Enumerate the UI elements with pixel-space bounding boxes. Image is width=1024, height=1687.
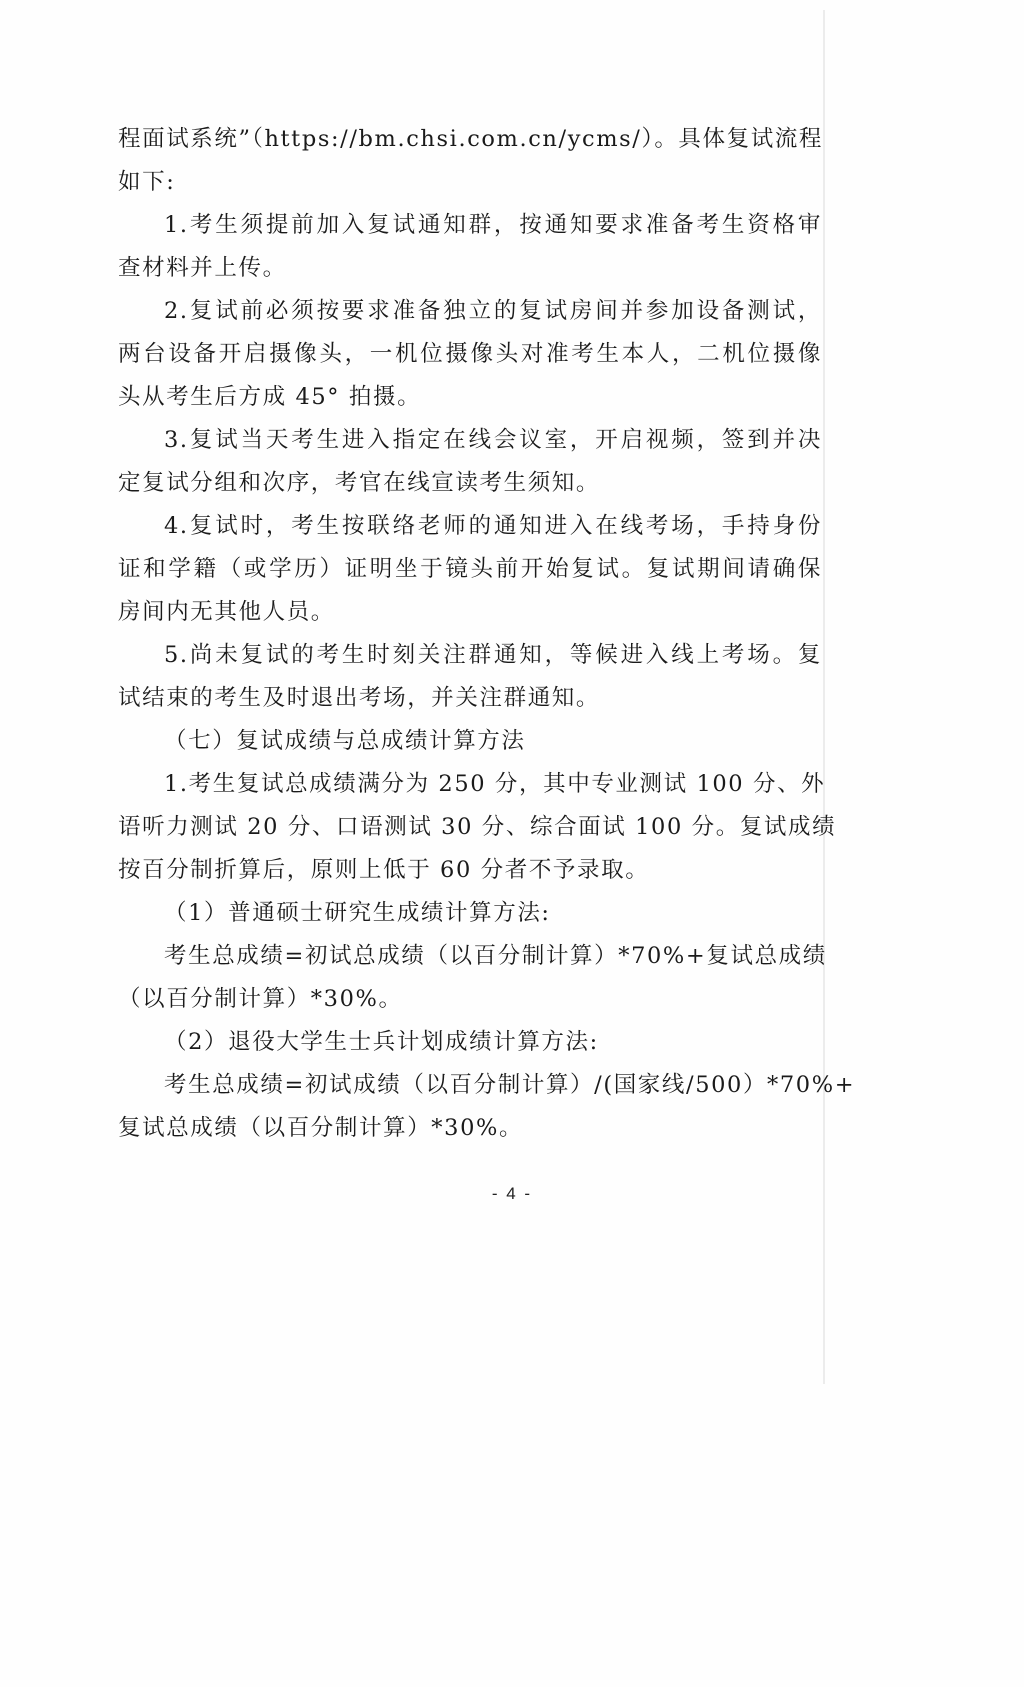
text-line: 3.复试当天考生进入指定在线会议室，开启视频，签到并决 [118,419,822,462]
text-line: 语听力测试 20 分、口语测试 30 分、综合面试 100 分。复试成绩 [118,806,822,849]
text-line: 房间内无其他人员。 [118,591,822,634]
subsection-heading: （2）退役大学生士兵计划成绩计算方法: [118,1021,822,1064]
document-page: 程面试系统”（https://bm.chsi.com.cn/ycms/）。具体复… [0,0,1024,1687]
formula-line: 考生总成绩=初试总成绩（以百分制计算）*70%+复试总成绩 [118,935,822,978]
scan-fold-line [823,10,825,1384]
formula-line: 考生总成绩=初试成绩（以百分制计算）/(国家线/500）*70%+ [118,1064,822,1107]
text-line: 定复试分组和次序，考官在线宣读考生须知。 [118,462,822,505]
text-line: 两台设备开启摄像头，一机位摄像头对准考生本人，二机位摄像 [118,333,822,376]
text-line: 4.复试时，考生按联络老师的通知进入在线考场，手持身份 [118,505,822,548]
document-body: 程面试系统”（https://bm.chsi.com.cn/ycms/）。具体复… [118,118,822,1150]
section-heading: （七）复试成绩与总成绩计算方法 [118,720,822,763]
text-line: 2.复试前必须按要求准备独立的复试房间并参加设备测试， [118,290,822,333]
text-line: 试结束的考生及时退出考场，并关注群通知。 [118,677,822,720]
text-line: 查材料并上传。 [118,247,822,290]
text-line: 按百分制折算后，原则上低于 60 分者不予录取。 [118,849,822,892]
text-line: 头从考生后方成 45° 拍摄。 [118,376,822,419]
subsection-heading: （1）普通硕士研究生成绩计算方法: [118,892,822,935]
text-line: 证和学籍（或学历）证明坐于镜头前开始复试。复试期间请确保 [118,548,822,591]
page-number: - 4 - [0,1184,1024,1204]
text-line: 5.尚未复试的考生时刻关注群通知，等候进入线上考场。复 [118,634,822,677]
text-line: 如下: [118,161,822,204]
formula-line: （以百分制计算）*30%。 [118,978,822,1021]
formula-line: 复试总成绩（以百分制计算）*30%。 [118,1107,822,1150]
text-line: 1.考生复试总成绩满分为 250 分，其中专业测试 100 分、外 [118,763,822,806]
text-line: 1.考生须提前加入复试通知群，按通知要求准备考生资格审 [118,204,822,247]
text-line: 程面试系统”（https://bm.chsi.com.cn/ycms/）。具体复… [118,118,822,161]
